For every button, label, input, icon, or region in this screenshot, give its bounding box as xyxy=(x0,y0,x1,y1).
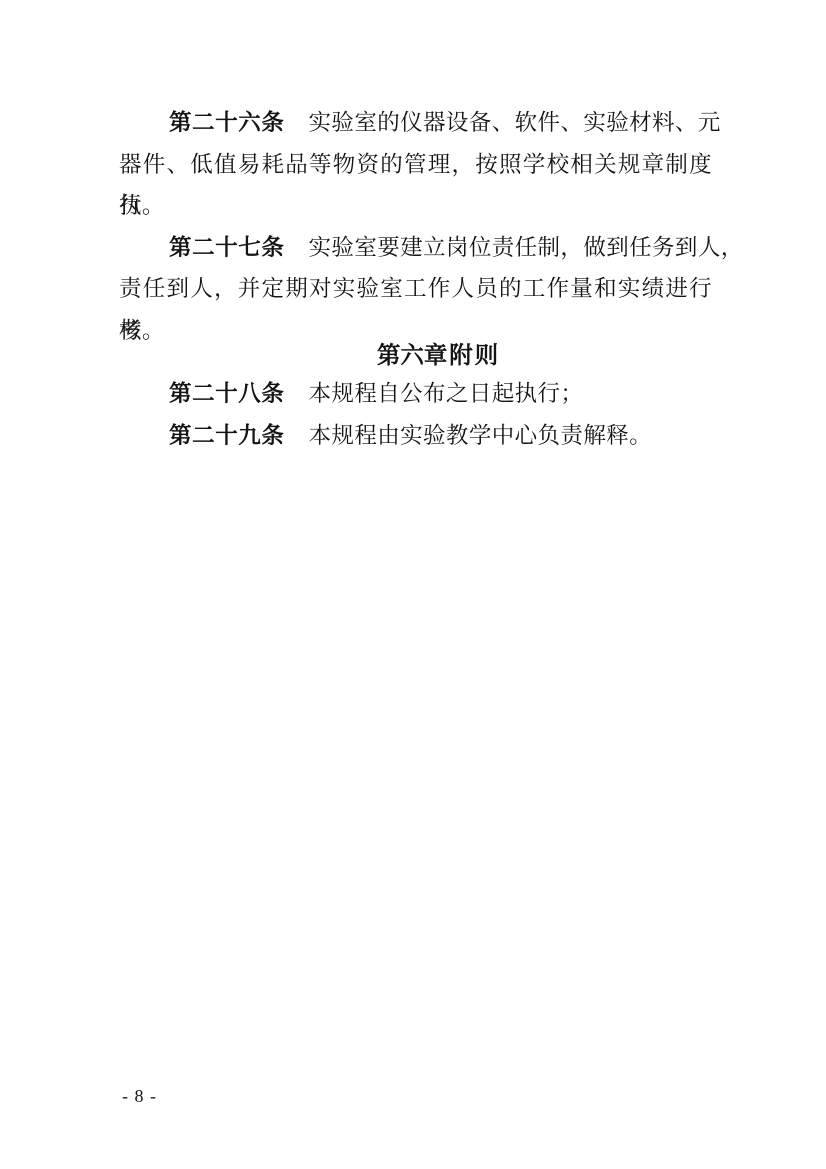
article-29-number: 第二十九条 xyxy=(169,423,285,448)
article-29-text: 本规程由实验教学中心负责解释。 xyxy=(309,423,653,448)
article-27-line-1: 第二十七条实验室要建立岗位责任制，做到任务到人， xyxy=(119,227,712,269)
article-26-number: 第二十六条 xyxy=(169,110,285,135)
article-27-paragraph: 第二十七条实验室要建立岗位责任制，做到任务到人， 责任到人，并定期对实验室工作人… xyxy=(119,227,712,352)
page-number: - 8 - xyxy=(122,1085,157,1107)
article-28-text: 本规程自公布之日起执行； xyxy=(309,381,584,406)
article-27-text: 实验室要建立岗位责任制，做到任务到人， xyxy=(309,235,744,260)
article-26-line-3: 行。 xyxy=(119,185,712,227)
article-29-line-1: 第二十九条本规程由实验教学中心负责解释。 xyxy=(119,415,712,457)
article-26-paragraph: 第二十六条实验室的仪器设备、软件、实验材料、元 器件、低值易耗品等物资的管理，按… xyxy=(119,102,712,227)
article-29-paragraph: 第二十九条本规程由实验教学中心负责解释。 xyxy=(119,415,712,457)
document-body: 第二十六条实验室的仪器设备、软件、实验材料、元 器件、低值易耗品等物资的管理，按… xyxy=(119,102,712,456)
article-27-number: 第二十七条 xyxy=(169,235,285,260)
article-28-line-1: 第二十八条本规程自公布之日起执行； xyxy=(119,373,712,415)
article-26-line-2: 器件、低值易耗品等物资的管理，按照学校相关规章制度执 xyxy=(119,144,712,186)
article-27-line-2: 责任到人，并定期对实验室工作人员的工作量和实绩进行考 xyxy=(119,268,712,310)
document-page: 第二十六条实验室的仪器设备、软件、实验材料、元 器件、低值易耗品等物资的管理，按… xyxy=(0,0,826,1169)
article-26-text: 实验室的仪器设备、软件、实验材料、元 xyxy=(309,110,721,135)
chapter-heading: 第六章 附 则 xyxy=(141,339,734,373)
article-28-number: 第二十八条 xyxy=(169,381,285,406)
article-26-line-1: 第二十六条实验室的仪器设备、软件、实验材料、元 xyxy=(119,102,712,144)
article-28-paragraph: 第二十八条本规程自公布之日起执行； xyxy=(119,373,712,415)
